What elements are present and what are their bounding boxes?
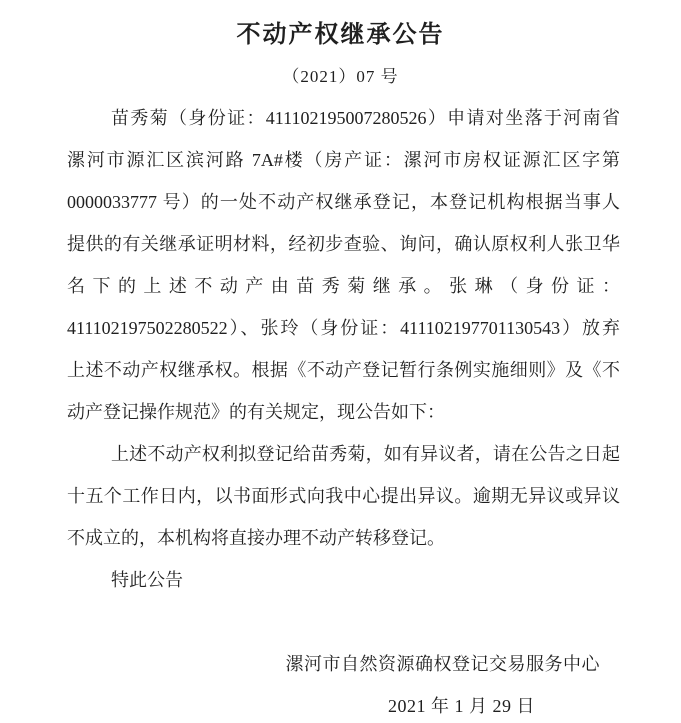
- body-line: 提供的有关继承证明材料，经初步查验、询问，确认原权利人张卫华: [67, 223, 620, 265]
- body-line: 名下的上述不动产由苗秀菊继承。张琳（身份证：: [67, 265, 620, 307]
- body-line: 不成立的，本机构将直接办理不动产转移登记。: [67, 517, 620, 559]
- body-line: 上述不动产权继承权。根据《不动产登记暂行条例实施细则》及《不: [67, 349, 620, 391]
- body-line: 411102197502280522）、张玲（身份证：4111021977011…: [67, 307, 620, 349]
- issue-date: 2021 年 1 月 29 日: [67, 685, 620, 723]
- blank-line: [67, 601, 620, 643]
- body-line: 上述不动产权利拟登记给苗秀菊，如有异议者，请在公告之日起: [67, 433, 620, 475]
- body-line: 苗秀菊（身份证：411102195007280526）申请对坐落于河南省: [67, 97, 620, 139]
- announcement-document: 不动产权继承公告 （2021）07 号 苗秀菊（身份证：411102195007…: [0, 0, 681, 723]
- body-line: 漯河市源汇区滨河路 7A#楼（房产证：漯河市房权证源汇区字第: [67, 139, 620, 181]
- document-body: 苗秀菊（身份证：411102195007280526）申请对坐落于河南省 漯河市…: [67, 97, 620, 723]
- closing-phrase: 特此公告: [67, 559, 620, 601]
- body-line: 0000033777 号）的一处不动产权继承登记，本登记机构根据当事人: [67, 181, 620, 223]
- document-title: 不动产权继承公告: [0, 20, 681, 50]
- issuer-name: 漯河市自然资源确权登记交易服务中心: [67, 643, 620, 685]
- body-line: 动产登记操作规范》的有关规定，现公告如下：: [67, 391, 620, 433]
- body-line: 十五个工作日内，以书面形式向我中心提出异议。逾期无异议或异议: [67, 475, 620, 517]
- document-number: （2021）07 号: [0, 66, 681, 88]
